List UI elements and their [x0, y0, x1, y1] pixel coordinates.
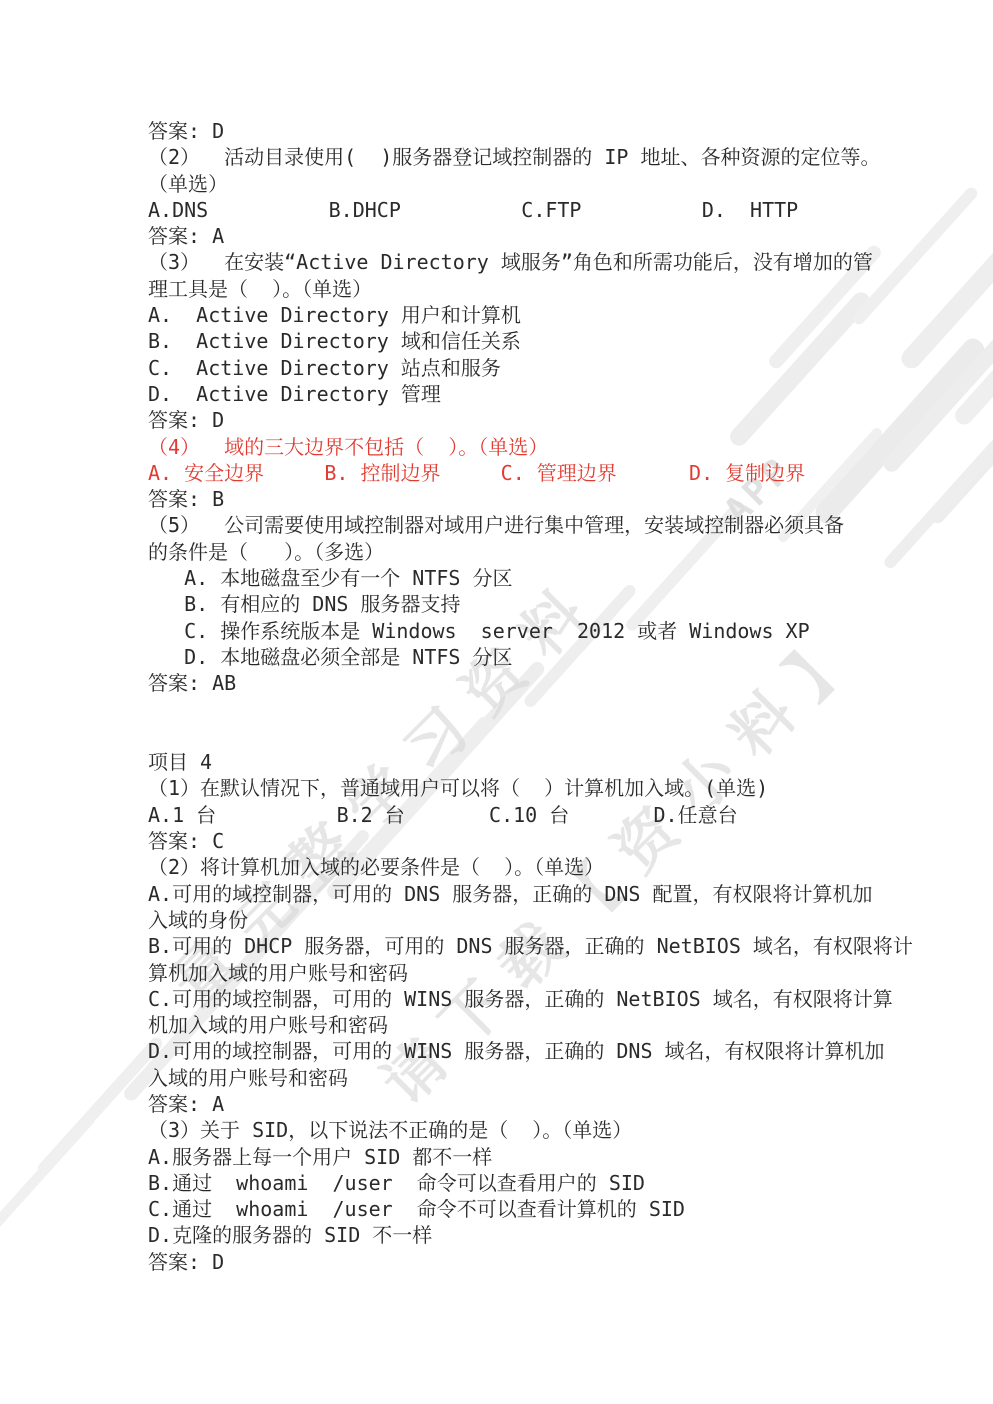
option-line: 机加入域的用户账号和密码: [148, 1012, 993, 1038]
option-line: D.可用的域控制器，可用的 WINS 服务器，正确的 DNS 域名，有权限将计算…: [148, 1038, 993, 1064]
option-line: D. Active Directory 管理: [148, 381, 993, 407]
option-line: A. 本地磁盘至少有一个 NTFS 分区: [148, 565, 993, 591]
option-line: C.通过 whoami /user 命令不可以查看计算机的 SID: [148, 1196, 993, 1222]
answer-line: 答案: D: [148, 1249, 993, 1275]
blank-line: [148, 697, 993, 723]
section-title: 项目 4: [148, 749, 993, 775]
option-line: C. 操作系统版本是 Windows server 2012 或者 Window…: [148, 618, 993, 644]
question-line: （3） 在安装“Active Directory 域服务”角色和所需功能后，没有…: [148, 249, 993, 275]
answer-line: 答案: A: [148, 223, 993, 249]
answer-line: 答案: C: [148, 828, 993, 854]
brush-stroke-decoration: [0, 1112, 97, 1238]
option-line: B. 有相应的 DNS 服务器支持: [148, 591, 993, 617]
answer-line: 答案: D: [148, 118, 993, 144]
options-line: A. 安全边界 B. 控制边界 C. 管理边界 D. 复制边界: [148, 460, 993, 486]
options-line: A.DNS B.DHCP C.FTP D. HTTP: [148, 197, 993, 223]
option-line: C. Active Directory 站点和服务: [148, 355, 993, 381]
question-line: （2） 活动目录使用( )服务器登记域控制器的 IP 地址、各种资源的定位等。: [148, 144, 993, 170]
option-line: A. Active Directory 用户和计算机: [148, 302, 993, 328]
question-line: （3）关于 SID，以下说法不正确的是（ ）。（单选）: [148, 1117, 993, 1143]
option-line: A.服务器上每一个用户 SID 都不一样: [148, 1144, 993, 1170]
question-line: （4） 域的三大边界不包括（ ）。（单选）: [148, 434, 993, 460]
option-line: 入域的用户账号和密码: [148, 1065, 993, 1091]
option-line: D.克隆的服务器的 SID 不一样: [148, 1222, 993, 1248]
options-line: A.1 台 B.2 台 C.10 台 D.任意台: [148, 802, 993, 828]
answer-line: 答案: A: [148, 1091, 993, 1117]
option-line: A.可用的域控制器，可用的 DNS 服务器，正确的 DNS 配置，有权限将计算机…: [148, 881, 993, 907]
question-line: （5） 公司需要使用域控制器对域用户进行集中管理，安装域控制器必须具备: [148, 512, 993, 538]
answer-line: 答案: B: [148, 486, 993, 512]
option-line: C.可用的域控制器，可用的 WINS 服务器，正确的 NetBIOS 域名，有权…: [148, 986, 993, 1012]
answer-line: 答案: AB: [148, 670, 993, 696]
brush-stroke-decoration: [35, 1035, 164, 1177]
option-line: B.通过 whoami /user 命令可以查看用户的 SID: [148, 1170, 993, 1196]
document-page: 量完整学习资料 请下载【资小料】 APP 答案: D （2） 活动目录使用( )…: [0, 0, 993, 1404]
question-line: （单选）: [148, 171, 993, 197]
question-line: （1）在默认情况下，普通域用户可以将（ ）计算机加入域。(单选): [148, 775, 993, 801]
question-line: 的条件是（ ）。（多选）: [148, 539, 993, 565]
option-line: B.可用的 DHCP 服务器，可用的 DNS 服务器，正确的 NetBIOS 域…: [148, 933, 993, 959]
document-content: 答案: D （2） 活动目录使用( )服务器登记域控制器的 IP 地址、各种资源…: [148, 118, 993, 1275]
blank-line: [148, 723, 993, 749]
option-line: D. 本地磁盘必须全部是 NTFS 分区: [148, 644, 993, 670]
option-line: B. Active Directory 域和信任关系: [148, 328, 993, 354]
option-line: 算机加入域的用户账号和密码: [148, 960, 993, 986]
question-line: （2）将计算机加入域的必要条件是（ ）。（单选）: [148, 854, 993, 880]
question-line: 理工具是（ ）。（单选）: [148, 276, 993, 302]
answer-line: 答案: D: [148, 407, 993, 433]
option-line: 入域的身份: [148, 907, 993, 933]
